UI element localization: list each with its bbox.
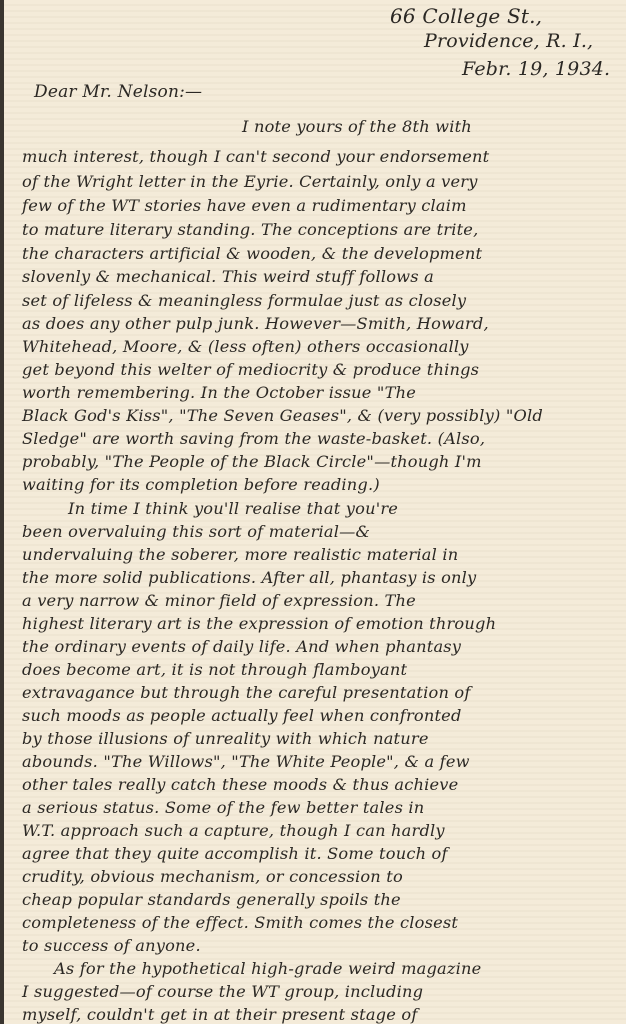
body-line: waiting for its completion before readin… [22,474,380,496]
body-line: slovenly & mechanical. This weird stuff … [22,266,434,288]
body-line: highest literary art is the expression o… [22,613,496,635]
body-line: Sledge" are worth saving from the waste-… [22,428,485,450]
body-line: extravagance but through the careful pre… [22,682,471,704]
body-line: undervaluing the soberer, more realistic… [22,544,458,566]
body-line: as does any other pulp junk. However—Smi… [22,313,489,335]
body-line: by those illusions of unreality with whi… [22,728,429,750]
body-line: the more solid publications. After all, … [22,567,476,589]
body-line: probably, "The People of the Black Circl… [22,451,482,473]
body-line: other tales really catch these moods & t… [22,774,458,796]
body-line: abounds. "The Willows", "The White Peopl… [22,751,470,773]
body-line: been overvaluing this sort of material—& [22,521,370,543]
letter-date: Febr. 19, 1934. [462,58,610,80]
body-line: Black God's Kiss", "The Seven Geases", &… [22,405,543,427]
body-line: W.T. approach such a capture, though I c… [22,820,445,842]
salutation: Dear Mr. Nelson:— [34,82,202,102]
body-line: completeness of the effect. Smith comes … [22,912,458,934]
body-line: such moods as people actually feel when … [22,705,462,727]
body-line: a very narrow & minor field of expressio… [22,590,416,612]
body-line: a serious status. Some of the few better… [22,797,424,819]
letter-page: 66 College St., Providence, R. I., Febr.… [4,0,626,1024]
body-line: to success of anyone. [22,935,201,957]
body-line: of the Wright letter in the Eyrie. Certa… [22,171,478,193]
body-line: crudity, obvious mechanism, or concessio… [22,866,403,888]
address-city: Providence, R. I., [424,30,593,52]
body-line: the characters artificial & wooden, & th… [22,243,482,265]
body-line: few of the WT stories have even a rudime… [22,195,467,217]
body-line: get beyond this welter of mediocrity & p… [22,359,479,381]
body-line: Whitehead, Moore, & (less often) others … [22,336,469,358]
body-line: I suggested—of course the WT group, incl… [22,981,423,1003]
body-line: In time I think you'll realise that you'… [68,498,398,520]
body-line: myself, couldn't get in at their present… [22,1004,418,1024]
body-line: As for the hypothetical high-grade weird… [54,958,481,980]
body-line: I note yours of the 8th with [242,116,472,138]
address-street: 66 College St., [390,4,542,28]
body-line: worth remembering. In the October issue … [22,382,416,404]
body-line: cheap popular standards generally spoils… [22,889,401,911]
body-line: does become art, it is not through flamb… [22,659,407,681]
body-line: the ordinary events of daily life. And w… [22,636,461,658]
body-line: much interest, though I can't second you… [22,146,489,168]
body-line: to mature literary standing. The concept… [22,219,478,241]
body-line: set of lifeless & meaningless formulae j… [22,290,466,312]
body-line: agree that they quite accomplish it. Som… [22,843,448,865]
